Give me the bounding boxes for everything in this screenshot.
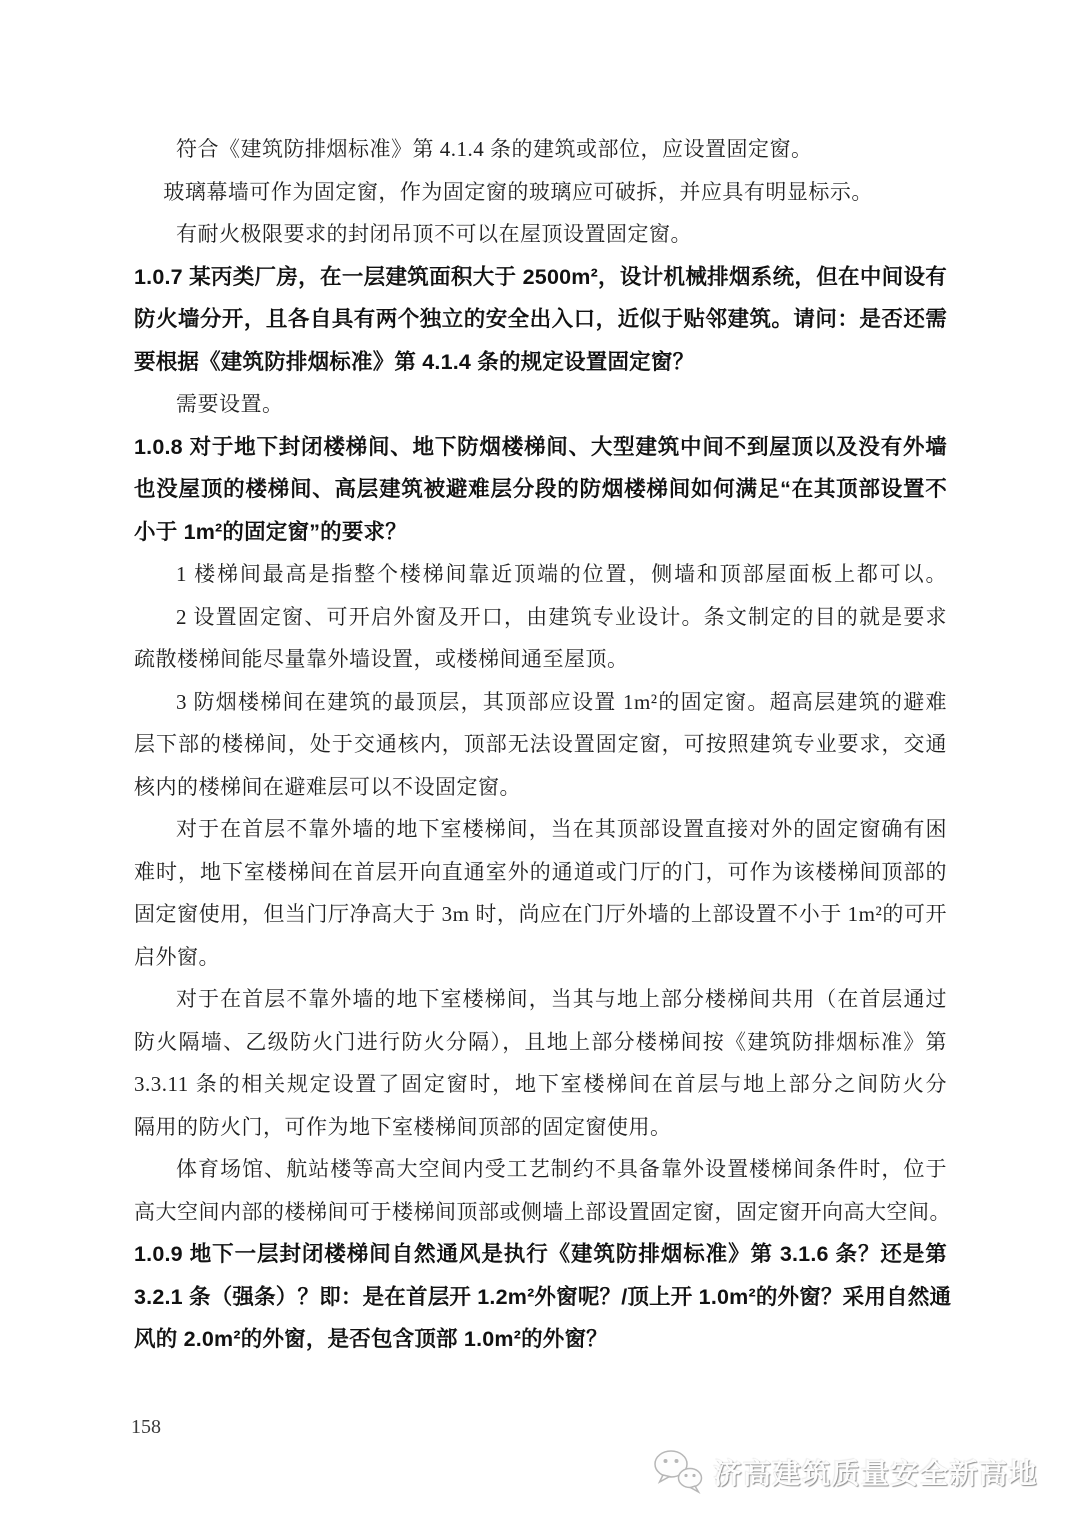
text-line: 防火隔墙、乙级防火门进行防火分隔），且地上部分楼梯间按《建筑防排烟标准》第 xyxy=(134,1021,947,1064)
document-body: 符合《建筑防排烟标准》第 4.1.4 条的建筑或部位，应设置固定窗。玻璃幕墙可作… xyxy=(134,128,947,1361)
answer-paragraph: 2 设置固定窗、可开启外窗及开口，由建筑专业设计。条文制定的目的就是要求疏散楼梯… xyxy=(134,596,947,681)
document-page: 符合《建筑防排烟标准》第 4.1.4 条的建筑或部位，应设置固定窗。玻璃幕墙可作… xyxy=(0,0,1080,1527)
text-line: 3.2.1 条（强条）？即：是在首层开 1.2m²外窗呢？/顶上开 1.0m²的… xyxy=(134,1276,947,1319)
text-line: 风的 2.0m²的外窗，是否包含顶部 1.0m²的外窗？ xyxy=(134,1318,947,1361)
text-line: 3.3.11 条的相关规定设置了固定窗时，地下室楼梯间在首层与地上部分之间防火分 xyxy=(134,1063,947,1106)
answer-paragraph: 有耐火极限要求的封闭吊顶不可以在屋顶设置固定窗。 xyxy=(134,213,947,256)
page-number: 158 xyxy=(131,1416,161,1439)
text-line: 3 防烟楼梯间在建筑的最顶层，其顶部应设置 1m²的固定窗。超高层建筑的避难 xyxy=(134,681,947,724)
text-line: 需要设置。 xyxy=(134,383,947,426)
text-line: 1.0.8 对于地下封闭楼梯间、地下防烟楼梯间、大型建筑中间不到屋顶以及没有外墙 xyxy=(134,426,947,469)
watermark: 济高建筑质量安全新高地 xyxy=(652,1448,1038,1496)
question-paragraph: 1.0.8 对于地下封闭楼梯间、地下防烟楼梯间、大型建筑中间不到屋顶以及没有外墙… xyxy=(134,426,947,554)
answer-paragraph: 对于在首层不靠外墙的地下室楼梯间，当其与地上部分楼梯间共用（在首层通过防火隔墙、… xyxy=(134,978,947,1148)
text-line: 核内的楼梯间在避难层可以不设固定窗。 xyxy=(134,766,947,809)
text-line: 高大空间内部的楼梯间可于楼梯间顶部或侧墙上部设置固定窗，固定窗开向高大空间。 xyxy=(134,1191,947,1234)
text-line: 固定窗使用，但当门厅净高大于 3m 时，尚应在门厅外墙的上部设置不小于 1m²的… xyxy=(134,893,947,936)
text-line: 小于 1m²的固定窗”的要求？ xyxy=(134,511,947,554)
text-line: 2 设置固定窗、可开启外窗及开口，由建筑专业设计。条文制定的目的就是要求 xyxy=(134,596,947,639)
text-line: 要根据《建筑防排烟标准》第 4.1.4 条的规定设置固定窗？ xyxy=(134,341,947,384)
text-line: 符合《建筑防排烟标准》第 4.1.4 条的建筑或部位，应设置固定窗。 xyxy=(134,128,947,171)
text-line: 有耐火极限要求的封闭吊顶不可以在屋顶设置固定窗。 xyxy=(134,213,947,256)
text-line: 隔用的防火门，可作为地下室楼梯间顶部的固定窗使用。 xyxy=(134,1106,947,1149)
text-line: 启外窗。 xyxy=(134,936,947,979)
answer-paragraph: 体育场馆、航站楼等高大空间内受工艺制约不具备靠外设置楼梯间条件时，位于高大空间内… xyxy=(134,1148,947,1233)
wechat-icon xyxy=(652,1448,704,1496)
answer-paragraph: 需要设置。 xyxy=(134,383,947,426)
text-line: 1 楼梯间最高是指整个楼梯间靠近顶端的位置，侧墙和顶部屋面板上都可以。 xyxy=(134,553,947,596)
answer-paragraph: 符合《建筑防排烟标准》第 4.1.4 条的建筑或部位，应设置固定窗。 xyxy=(134,128,947,171)
question-paragraph: 1.0.9 地下一层封闭楼梯间自然通风是执行《建筑防排烟标准》第 3.1.6 条… xyxy=(134,1233,947,1361)
text-line: 对于在首层不靠外墙的地下室楼梯间，当在其顶部设置直接对外的固定窗确有困 xyxy=(134,808,947,851)
text-line: 对于在首层不靠外墙的地下室楼梯间，当其与地上部分楼梯间共用（在首层通过 xyxy=(134,978,947,1021)
answer-paragraph: 对于在首层不靠外墙的地下室楼梯间，当在其顶部设置直接对外的固定窗确有困难时，地下… xyxy=(134,808,947,978)
text-line: 1.0.9 地下一层封闭楼梯间自然通风是执行《建筑防排烟标准》第 3.1.6 条… xyxy=(134,1233,947,1276)
text-line: 也没屋顶的楼梯间、高层建筑被避难层分段的防烟楼梯间如何满足“在其顶部设置不 xyxy=(134,468,947,511)
answer-paragraph: 3 防烟楼梯间在建筑的最顶层，其顶部应设置 1m²的固定窗。超高层建筑的避难层下… xyxy=(134,681,947,809)
text-line: 体育场馆、航站楼等高大空间内受工艺制约不具备靠外设置楼梯间条件时，位于 xyxy=(134,1148,947,1191)
text-line: 玻璃幕墙可作为固定窗，作为固定窗的玻璃应可破拆，并应具有明显标示。 xyxy=(134,171,947,214)
text-line: 层下部的楼梯间，处于交通核内，顶部无法设置固定窗，可按照建筑专业要求，交通 xyxy=(134,723,947,766)
text-line: 防火墙分开，且各自具有两个独立的安全出入口，近似于贴邻建筑。请问：是否还需 xyxy=(134,298,947,341)
text-line: 难时，地下室楼梯间在首层开向直通室外的通道或门厅的门，可作为该楼梯间顶部的 xyxy=(134,851,947,894)
watermark-text: 济高建筑质量安全新高地 xyxy=(713,1452,1038,1492)
answer-paragraph: 1 楼梯间最高是指整个楼梯间靠近顶端的位置，侧墙和顶部屋面板上都可以。 xyxy=(134,553,947,596)
answer-paragraph: 玻璃幕墙可作为固定窗，作为固定窗的玻璃应可破拆，并应具有明显标示。 xyxy=(134,171,947,214)
text-line: 疏散楼梯间能尽量靠外墙设置，或楼梯间通至屋顶。 xyxy=(134,638,947,681)
text-line: 1.0.7 某丙类厂房，在一层建筑面积大于 2500m²，设计机械排烟系统，但在… xyxy=(134,256,947,299)
question-paragraph: 1.0.7 某丙类厂房，在一层建筑面积大于 2500m²，设计机械排烟系统，但在… xyxy=(134,256,947,384)
